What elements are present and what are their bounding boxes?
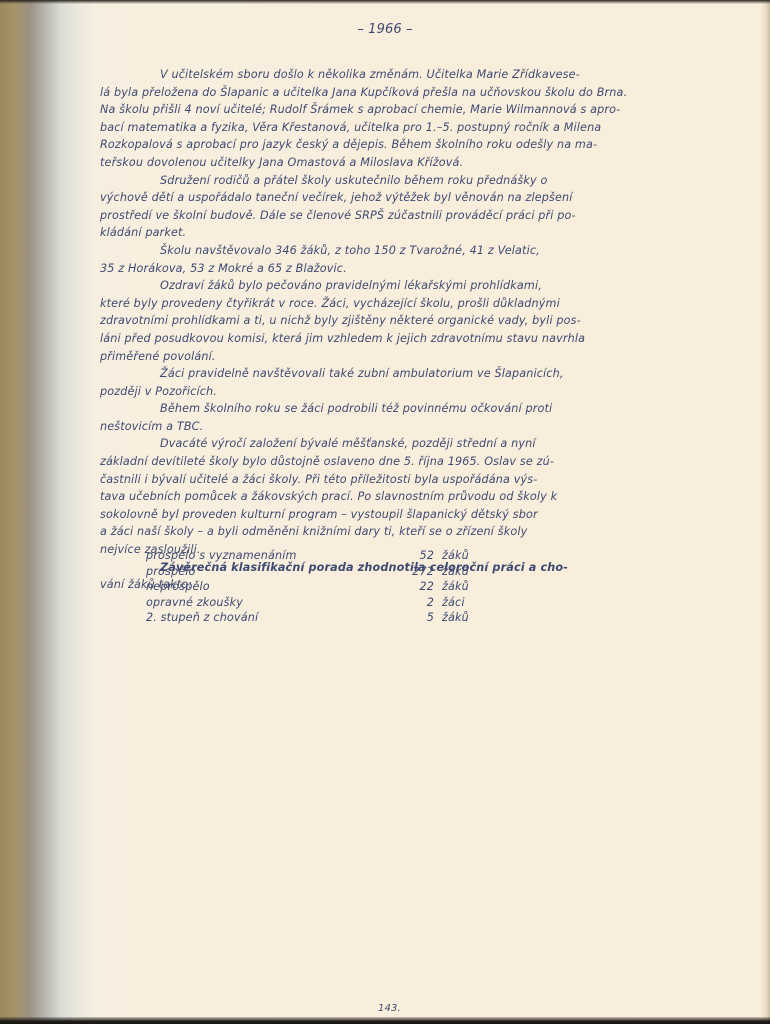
text-line: láni před posudkovou komisi, která jim v… bbox=[100, 330, 685, 348]
text-line: Na školu přišli 4 noví učitelé; Rudolf Š… bbox=[100, 101, 685, 119]
text-line: Dvacáté výročí založení bývalé měšťanské… bbox=[100, 435, 685, 453]
result-row: prospělo s vyznamenáním 52 žáků bbox=[146, 548, 469, 564]
text-line: sokolovně byl proveden kulturní program … bbox=[100, 506, 685, 524]
page-number: 143. bbox=[378, 1003, 401, 1014]
result-unit: žáci bbox=[434, 595, 465, 611]
text-line: tava učebních pomůcek a žákovských prací… bbox=[100, 488, 685, 506]
text-line: bací matematika a fyzika, Věra Křestanov… bbox=[100, 119, 685, 137]
text-line: výchově dětí a uspořádalo taneční večíre… bbox=[100, 189, 685, 207]
text-line: později v Pozořicích. bbox=[100, 383, 685, 401]
text-line: Rozkopalová s aprobací pro jazyk český a… bbox=[100, 136, 685, 154]
result-unit: žáků bbox=[434, 579, 469, 595]
text-line: zdravotními prohlídkami a ti, u nichž by… bbox=[100, 312, 685, 330]
result-count: 5 bbox=[381, 610, 434, 626]
result-row: opravné zkoušky 2 žáci bbox=[146, 595, 469, 611]
result-label: neprospělo bbox=[146, 579, 381, 595]
text-line: přiměřené povolání. bbox=[100, 348, 685, 366]
result-count: 52 bbox=[381, 548, 434, 564]
result-count: 2 bbox=[381, 595, 434, 611]
classification-results: prospělo s vyznamenáním 52 žáků prospělo… bbox=[146, 548, 469, 626]
text-line: Ozdraví žáků bylo pečováno pravidelnými … bbox=[100, 277, 685, 295]
text-line: prostředí ve školní budově. Dále se člen… bbox=[100, 207, 685, 225]
year-heading: – 1966 – bbox=[0, 22, 770, 37]
result-count: 272 bbox=[381, 564, 434, 580]
result-unit: žáků bbox=[434, 610, 469, 626]
page-top-edge bbox=[0, 0, 770, 4]
text-line: neštovicím a TBC. bbox=[100, 418, 685, 436]
result-label: opravné zkoušky bbox=[146, 595, 381, 611]
text-line: lá byla přeložena do Šlapanic a učitelka… bbox=[100, 84, 685, 102]
result-row: 2. stupeň z chování 5 žáků bbox=[146, 610, 469, 626]
text-line: V učitelském sboru došlo k několika změn… bbox=[100, 66, 685, 84]
page-bottom-edge bbox=[0, 1017, 770, 1024]
result-row: neprospělo 22 žáků bbox=[146, 579, 469, 595]
text-line: Během školního roku se žáci podrobili té… bbox=[100, 400, 685, 418]
result-label: prospělo bbox=[146, 564, 381, 580]
result-count: 22 bbox=[381, 579, 434, 595]
text-line: a žáci naší školy – a byli odměněni kniž… bbox=[100, 523, 685, 541]
text-line: Žáci pravidelně navštěvovali také zubní … bbox=[100, 365, 685, 383]
text-line: základní devítileté školy bylo důstojně … bbox=[100, 453, 685, 471]
result-unit: žáků bbox=[434, 564, 469, 580]
result-label: 2. stupeň z chování bbox=[146, 610, 381, 626]
document-page: – 1966 – V učitelském sboru došlo k něko… bbox=[0, 0, 770, 1024]
text-line: Školu navštěvovalo 346 žáků, z toho 150 … bbox=[100, 242, 685, 260]
result-row: prospělo 272 žáků bbox=[146, 564, 469, 580]
text-line: kládání parket. bbox=[100, 224, 685, 242]
text-line: teřskou dovolenou učitelky Jana Omastová… bbox=[100, 154, 685, 172]
result-label: prospělo s vyznamenáním bbox=[146, 548, 381, 564]
text-line: Sdružení rodičů a přátel školy uskutečni… bbox=[100, 172, 685, 190]
text-line: častnili i bývalí učitelé a žáci školy. … bbox=[100, 471, 685, 489]
chronicle-body: V učitelském sboru došlo k několika změn… bbox=[100, 66, 685, 594]
text-line: které byly provedeny čtyřikrát v roce. Ž… bbox=[100, 295, 685, 313]
result-unit: žáků bbox=[434, 548, 469, 564]
text-line: 35 z Horákova, 53 z Mokré a 65 z Blažovi… bbox=[100, 260, 685, 278]
